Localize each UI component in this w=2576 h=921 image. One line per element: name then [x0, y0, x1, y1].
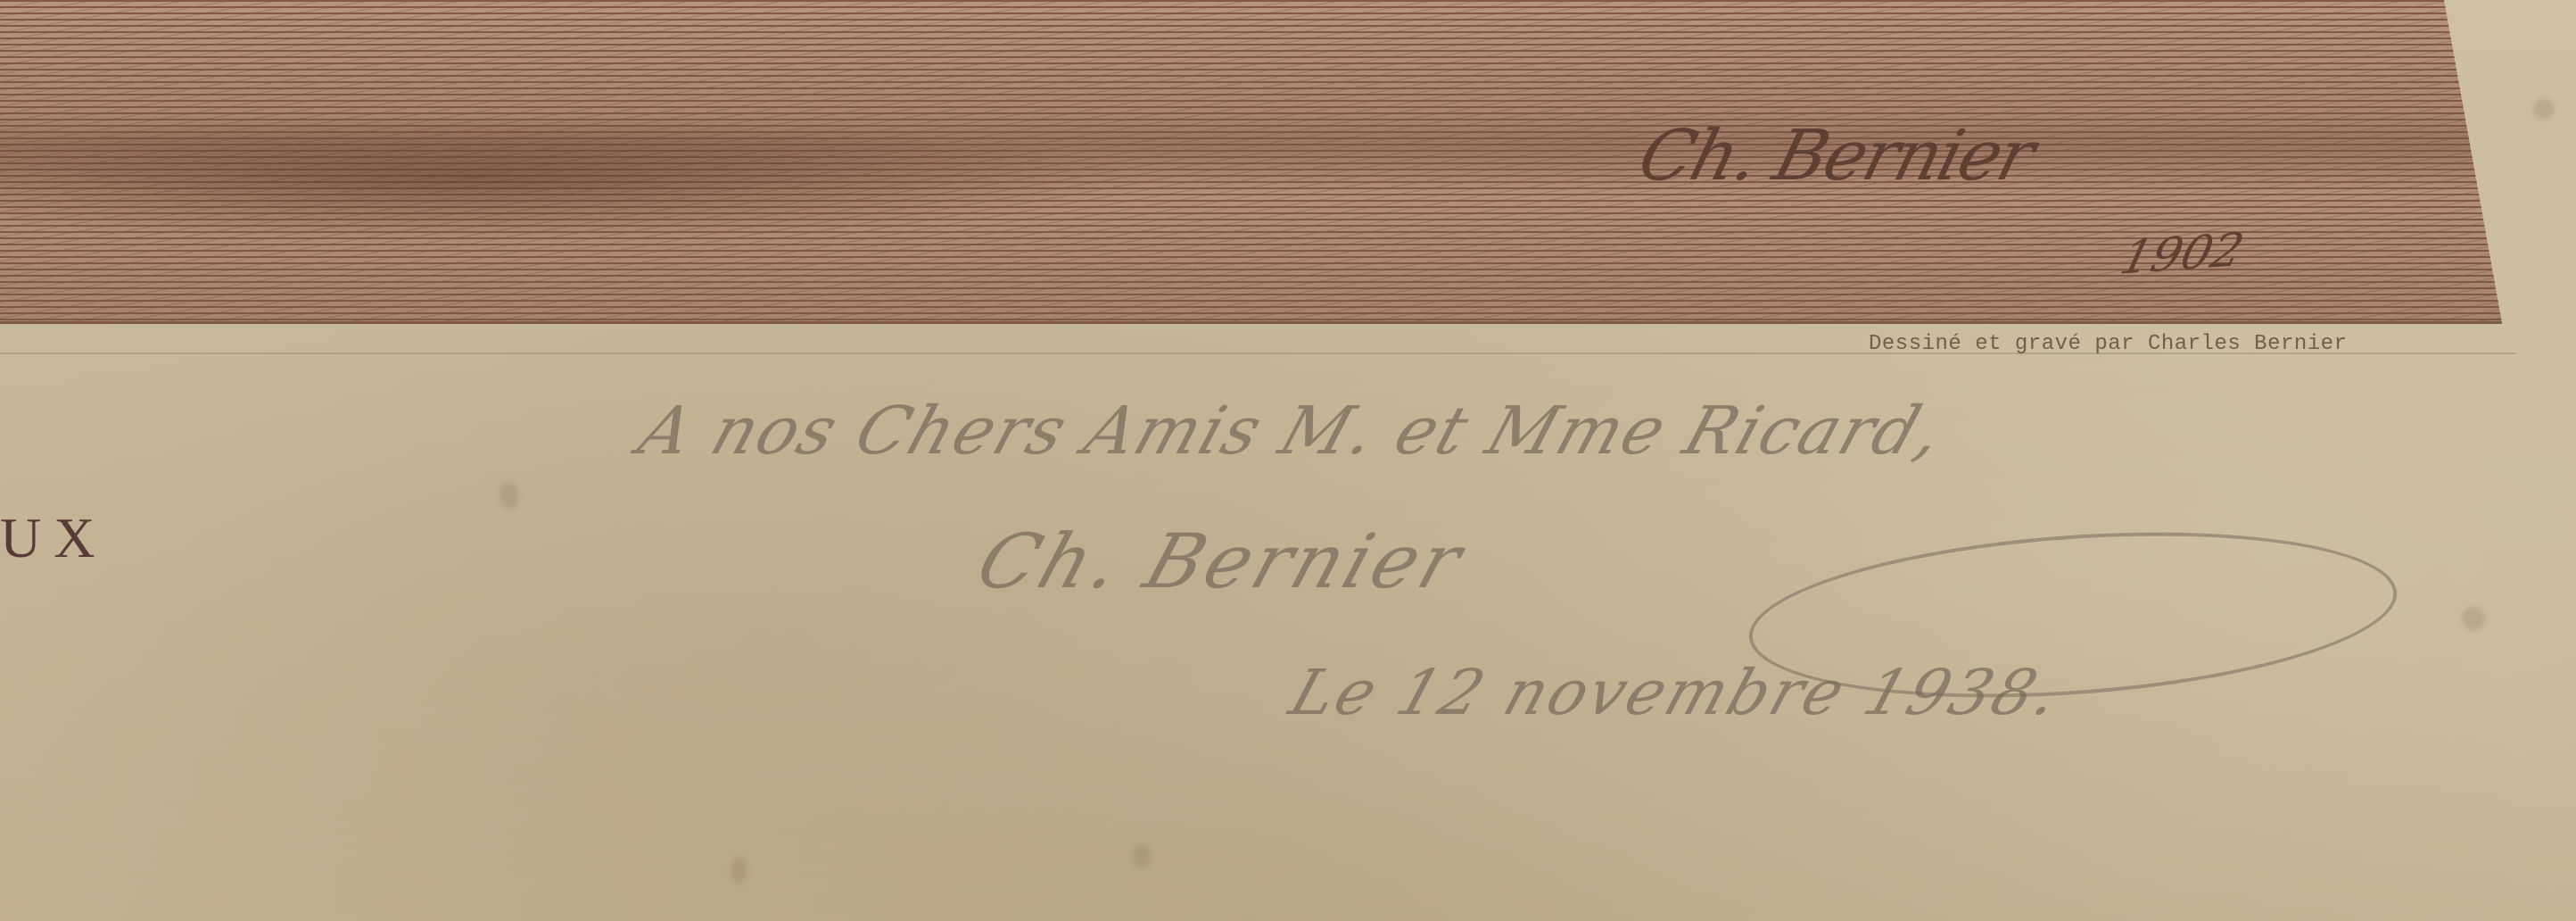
engraved-year: 1902	[2115, 223, 2249, 285]
foxing-spot	[731, 857, 747, 884]
handwritten-date: Le 12 novembre 1938.	[1282, 656, 2071, 729]
engraving-shading	[0, 116, 1160, 241]
title-fragment: UX	[0, 505, 107, 571]
engraved-signature: Ch. Bernier	[1631, 116, 2042, 196]
handwritten-signature: Ch. Bernier	[967, 518, 1475, 605]
foxing-spot	[2462, 607, 2485, 630]
handwritten-dedication: A nos Chers Amis M. et Mme Ricard,	[630, 393, 1954, 469]
printed-credit-line: Dessiné et gravé par Charles Bernier	[1869, 332, 2347, 356]
foxing-spot	[500, 482, 519, 509]
engraving-border-line	[0, 321, 2502, 324]
foxing-spot	[1133, 843, 1151, 868]
foxing-spot	[2533, 98, 2555, 120]
